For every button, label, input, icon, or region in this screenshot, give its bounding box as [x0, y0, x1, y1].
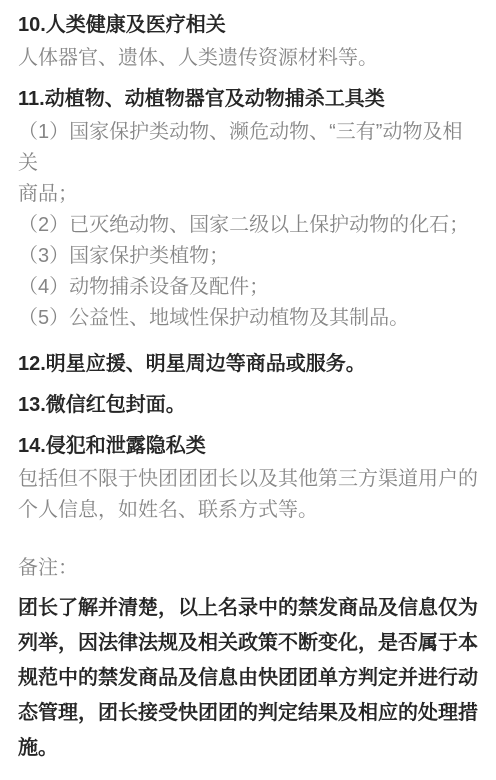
section-10-body: 人体器官、遗体、人类遗传资源材料等。: [18, 43, 478, 74]
prohibited-item-2: （2）已灭绝动物、国家二级以上保护动物的化石；: [18, 210, 478, 241]
section-14-title: 14.侵犯和泄露隐私类: [18, 431, 478, 462]
prohibited-item-4: （4）动物捕杀设备及配件；: [18, 272, 478, 303]
note-body: 团长了解并清楚，以上名录中的禁发商品及信息仅为 列举，因法律法规及相关政策不断变…: [18, 591, 478, 766]
section-10-title: 10.人类健康及医疗相关: [18, 10, 478, 41]
section-14-body: 包括但不限于快团团团长以及其他第三方渠道用户的 个人信息，如姓名、联系方式等。: [18, 464, 478, 526]
prohibited-item-3: （3）国家保护类植物；: [18, 241, 478, 272]
prohibited-item-5: （5）公益性、地域性保护动植物及其制品。: [18, 303, 478, 334]
section-13-title: 13.微信红包封面。: [18, 390, 478, 421]
note-label: 备注：: [18, 553, 478, 584]
section-11-title: 11.动植物、动植物器官及动物捕杀工具类: [18, 84, 478, 115]
section-12-title: 12.明星应援、明星周边等商品或服务。: [18, 349, 478, 380]
prohibited-item-1: （1）国家保护类动物、濒危动物、“三有”动物及相关 商品；: [18, 117, 478, 210]
prohibited-goods-document: { "colors": { "background": "#ffffff", "…: [0, 0, 496, 780]
section-11-item-list: （1）国家保护类动物、濒危动物、“三有”动物及相关 商品； （2）已灭绝动物、国…: [18, 117, 478, 334]
